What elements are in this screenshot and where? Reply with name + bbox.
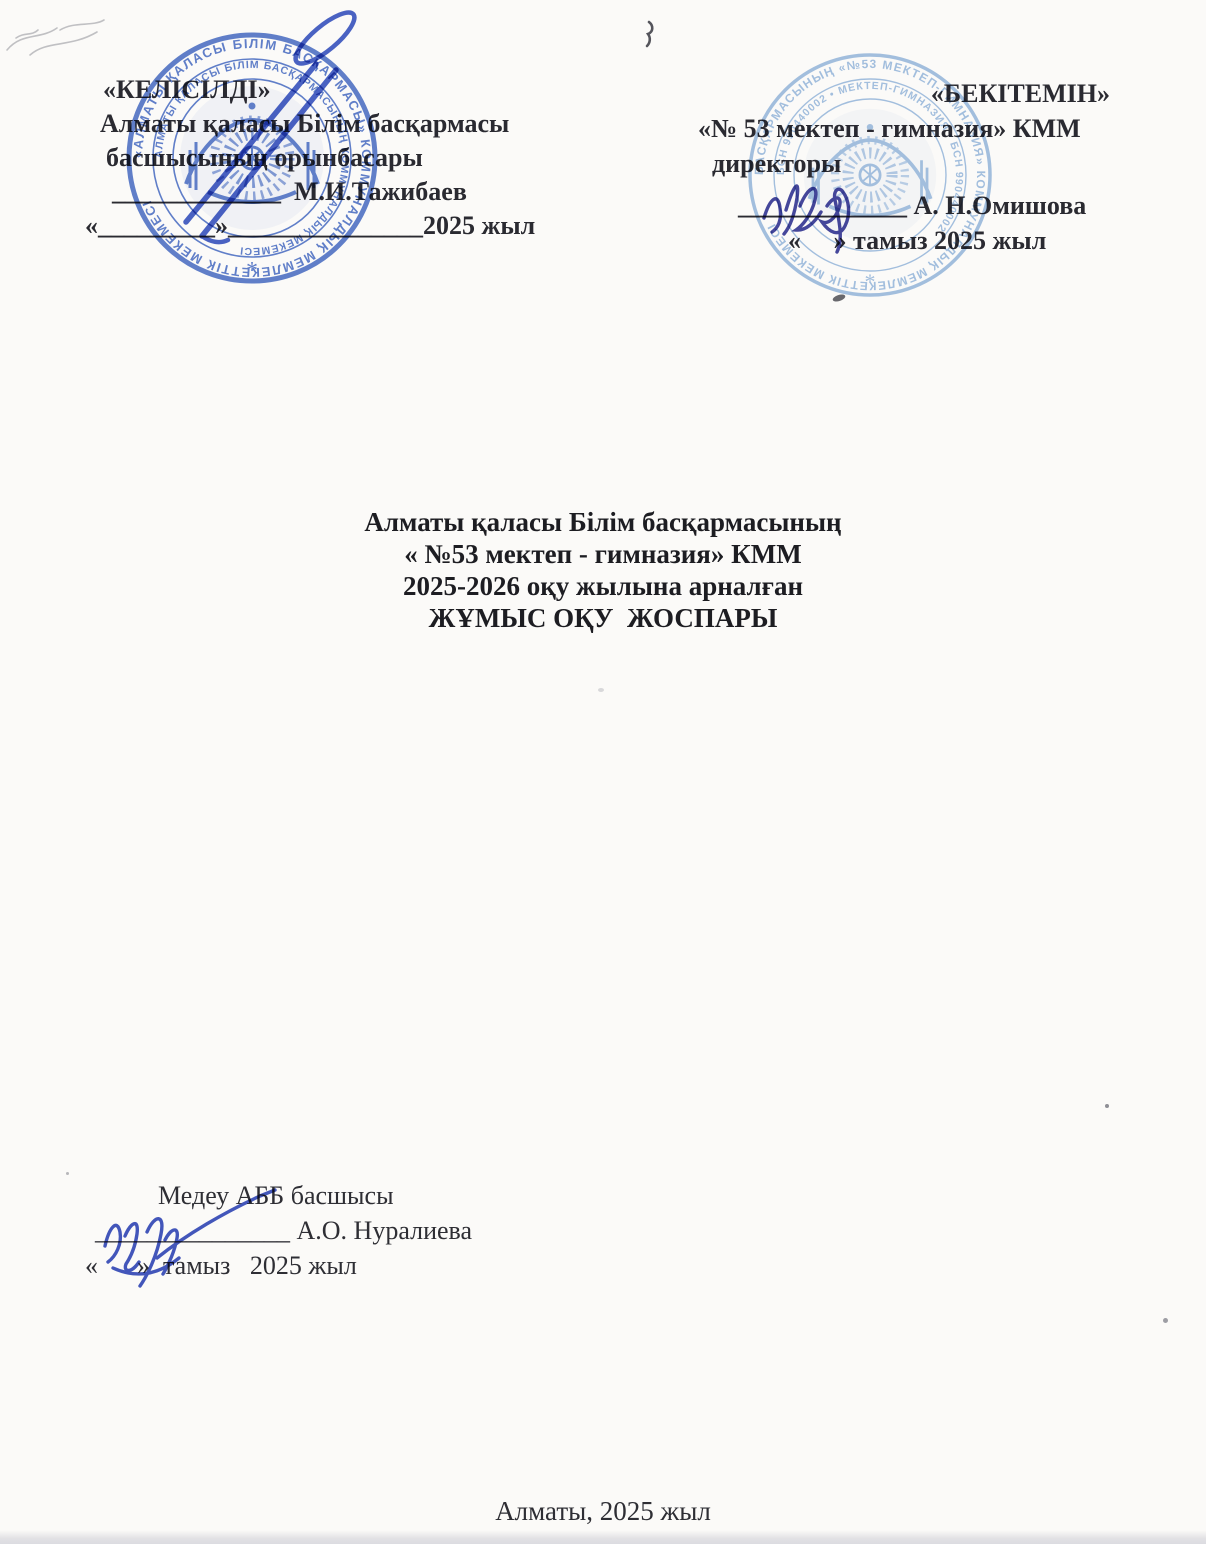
title-line2: « №53 мектеп - гимназия» КММ — [0, 538, 1206, 570]
director-signature — [752, 156, 922, 256]
scan-edge — [0, 1530, 1206, 1544]
right-seal-star-separator: * — [865, 269, 876, 294]
faint-speck-mark — [598, 688, 604, 692]
title-line1: Алматы қаласы Білім басқармасының — [0, 506, 1206, 538]
district-head-signature — [95, 1186, 330, 1291]
ink-hook-mark — [640, 20, 658, 48]
left-pen-signature — [140, 0, 400, 270]
title-line3: 2025-2026 оқу жылына арналған — [0, 570, 1206, 602]
document-page: «КЕЛІСІЛДІ» Алматы қаласы Білім басқарма… — [0, 0, 1206, 1544]
ink-speck-mark — [830, 292, 848, 304]
scan-dot-mark — [1105, 1104, 1109, 1108]
footer-city-year: Алматы, 2025 жыл — [0, 1496, 1206, 1527]
title-line4: ЖҰМЫС ОҚУ ЖОСПАРЫ — [0, 602, 1206, 634]
scan-dot-mark — [1163, 1318, 1168, 1323]
document-title-block: Алматы қаласы Білім басқармасының « №53 … — [0, 506, 1206, 634]
scan-dot-mark — [66, 1172, 69, 1175]
